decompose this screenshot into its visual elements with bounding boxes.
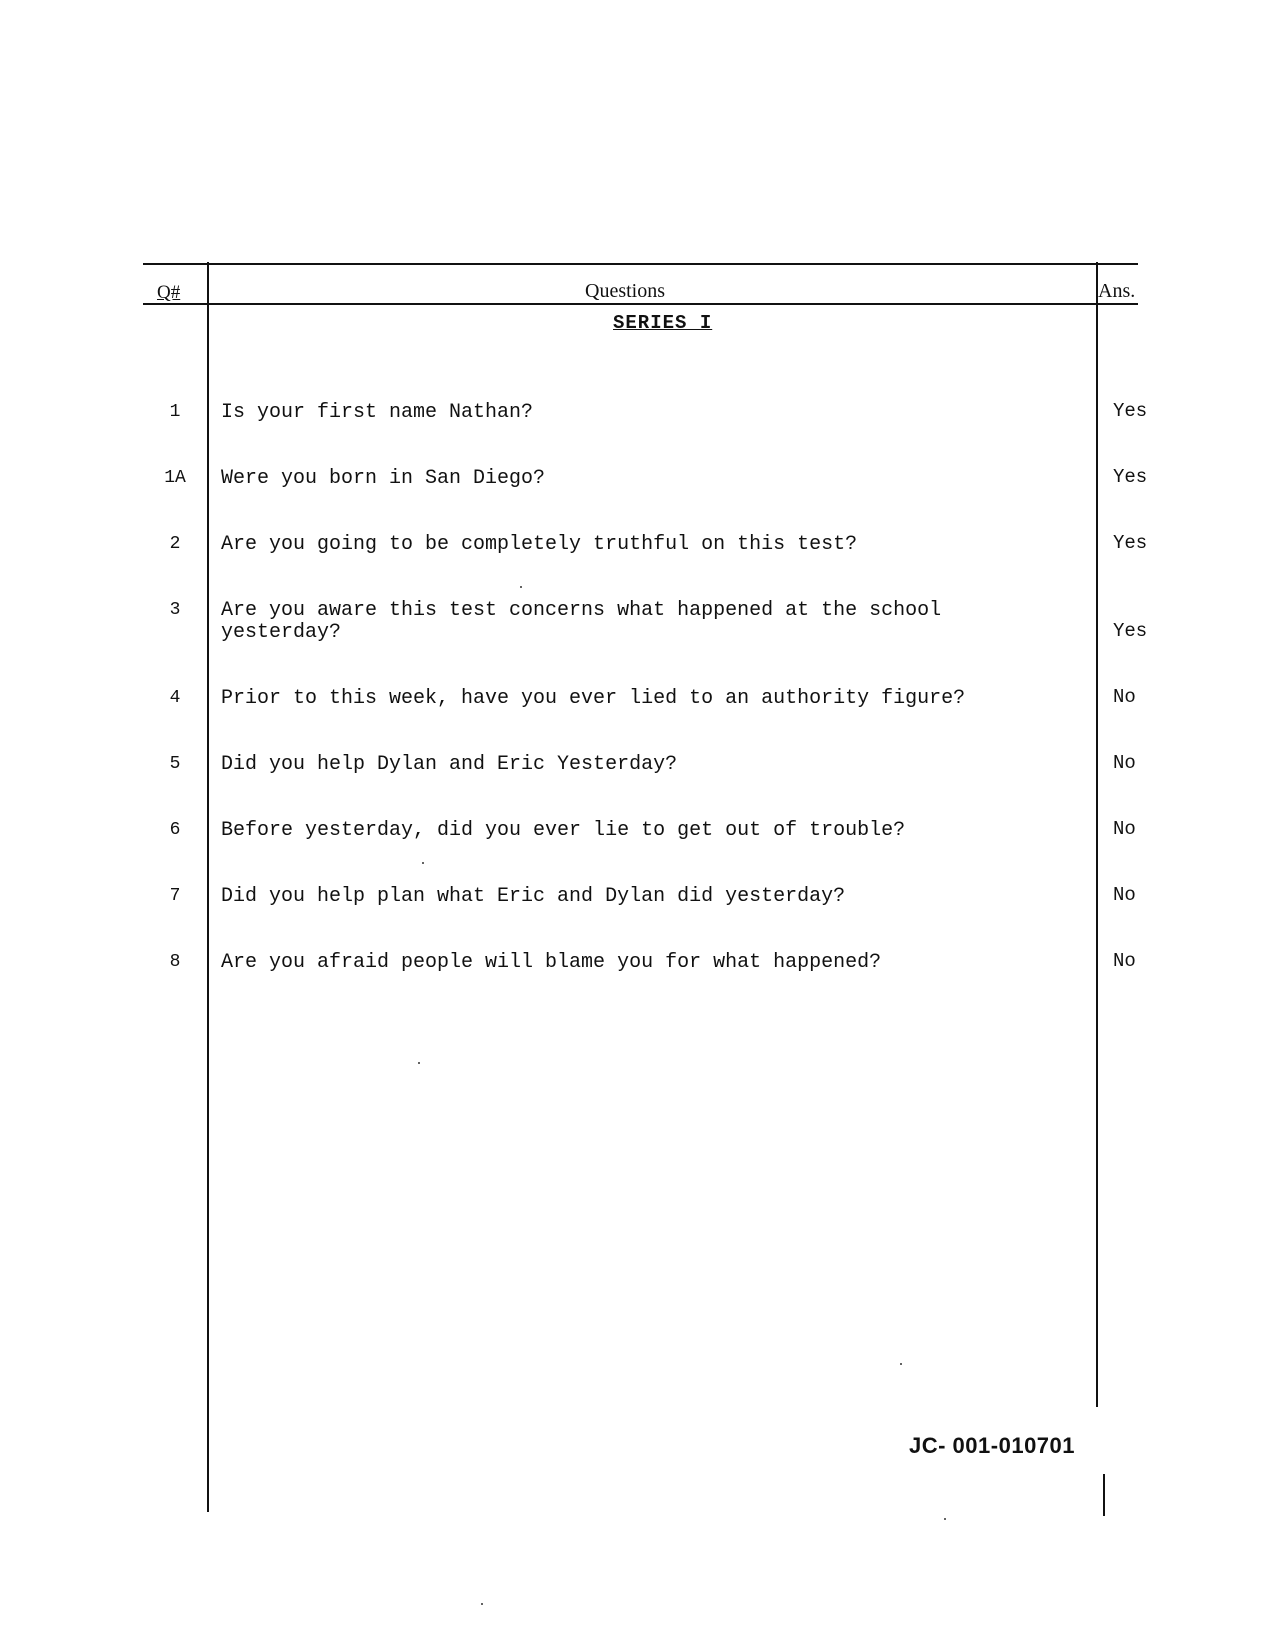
questions-column-header: Questions <box>585 280 665 303</box>
question-answer: No <box>1113 884 1136 906</box>
document-id: JC- 001-010701 <box>909 1433 1075 1459</box>
scan-speck <box>900 1363 902 1365</box>
scan-speck <box>418 1062 420 1064</box>
table-top-rule <box>143 263 1138 265</box>
scan-speck <box>422 862 424 864</box>
answer-column-divider-upper <box>1096 262 1098 1407</box>
question-text: Were you born in San Diego? <box>221 468 1021 490</box>
scan-speck <box>481 1603 483 1605</box>
question-answer: No <box>1113 950 1136 972</box>
question-number: 1 <box>155 402 195 422</box>
question-answer: Yes <box>1113 532 1147 554</box>
answer-column-divider-lower <box>1103 1474 1105 1516</box>
question-number: 6 <box>155 820 195 840</box>
qnum-column-header: Q# <box>157 282 180 304</box>
scan-speck <box>944 1518 946 1520</box>
question-number: 5 <box>155 754 195 774</box>
question-number: 8 <box>155 952 195 972</box>
scan-speck <box>520 586 522 588</box>
question-number: 2 <box>155 534 195 554</box>
question-answer: No <box>1113 686 1136 708</box>
question-number: 1A <box>155 468 195 488</box>
answer-column-header: Ans. <box>1098 280 1135 303</box>
question-answer: No <box>1113 752 1136 774</box>
question-answer: Yes <box>1113 620 1147 642</box>
question-answer: Yes <box>1113 400 1147 422</box>
question-text: Are you aware this test concerns what ha… <box>221 600 1021 644</box>
question-text: Did you help Dylan and Eric Yesterday? <box>221 754 1021 776</box>
qnum-column-divider <box>207 262 209 1512</box>
question-number: 4 <box>155 688 195 708</box>
question-text: Are you going to be completely truthful … <box>221 534 1021 556</box>
question-answer: Yes <box>1113 466 1147 488</box>
header-bottom-rule <box>143 303 1138 305</box>
question-text: Did you help plan what Eric and Dylan di… <box>221 886 1021 908</box>
series-title: SERIES I <box>613 312 712 334</box>
question-text: Is your first name Nathan? <box>221 402 1021 424</box>
question-text: Are you afraid people will blame you for… <box>221 952 1021 974</box>
question-number: 3 <box>155 600 195 620</box>
question-answer: No <box>1113 818 1136 840</box>
question-text: Before yesterday, did you ever lie to ge… <box>221 820 1021 842</box>
question-text: Prior to this week, have you ever lied t… <box>221 688 1021 710</box>
question-number: 7 <box>155 886 195 906</box>
